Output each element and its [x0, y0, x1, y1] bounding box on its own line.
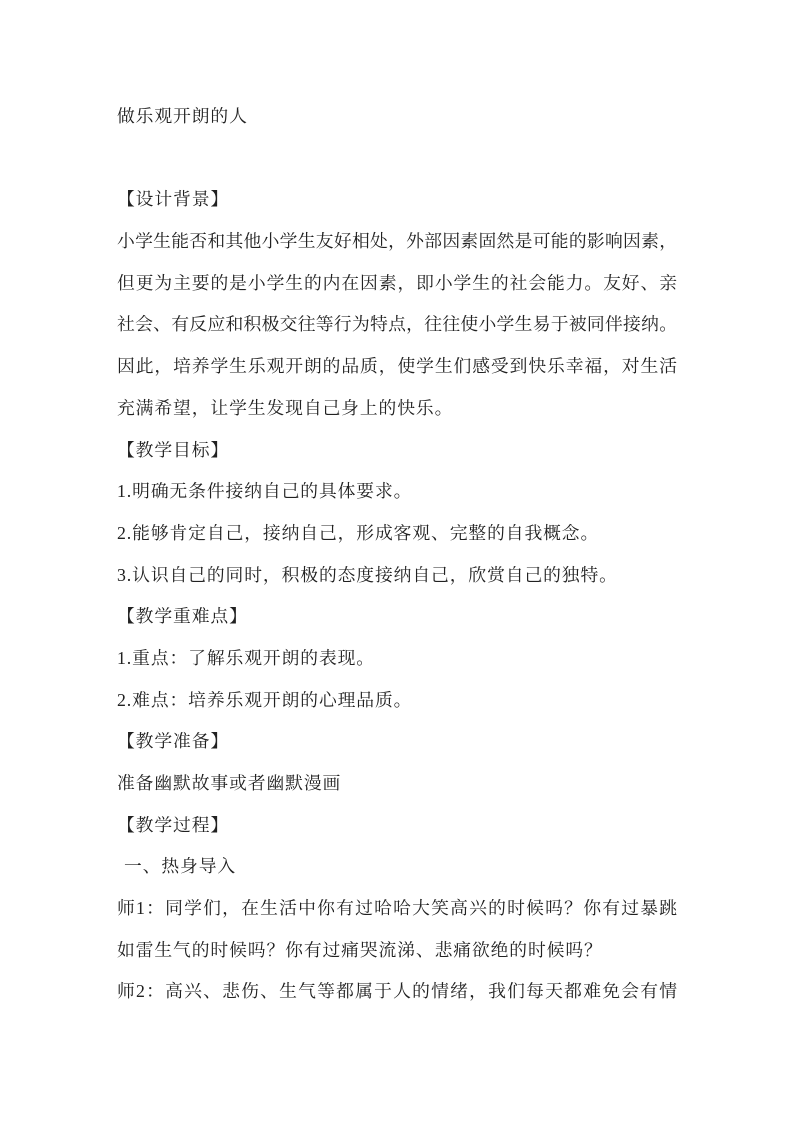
paragraph-line: 充满希望，让学生发现自己身上的快乐。 — [117, 388, 677, 430]
section-heading-teaching-preparation: 【教学准备】 — [117, 721, 677, 763]
section-heading-teaching-process: 【教学过程】 — [117, 805, 677, 847]
paragraph-line: 社会、有反应和积极交往等行为特点，往往使小学生易于被同伴接纳。 — [117, 304, 677, 346]
objective-item-2: 2.能够肯定自己，接纳自己，形成客观、完整的自我概念。 — [117, 513, 677, 555]
objective-item-3: 3.认识自己的同时，积极的态度接纳自己，欣赏自己的独特。 — [117, 555, 677, 597]
teacher-line-1-cont: 如雷生气的时候吗？你有过痛哭流涕、悲痛欲绝的时候吗？ — [117, 930, 677, 972]
teacher-line-2: 师2：高兴、悲伤、生气等都属于人的情绪，我们每天都难免会有情 — [117, 971, 677, 1013]
paragraph-line: 但更为主要的是小学生的内在因素，即小学生的社会能力。友好、亲 — [117, 263, 677, 305]
teacher-line-1: 师1：同学们，在生活中你有过哈哈大笑高兴的时候吗？你有过暴跳 — [117, 888, 677, 930]
document-body: 做乐观开朗的人 【设计背景】 小学生能否和其他小学生友好相处，外部因素固然是可能… — [117, 96, 677, 1013]
section-heading-design-background: 【设计背景】 — [117, 179, 677, 221]
document-page: 做乐观开朗的人 【设计背景】 小学生能否和其他小学生友好相处，外部因素固然是可能… — [0, 0, 793, 1122]
paragraph-line: 因此，培养学生乐观开朗的品质，使学生们感受到快乐幸福，对生活 — [117, 346, 677, 388]
section-heading-key-difficult-points: 【教学重难点】 — [117, 596, 677, 638]
key-point-item: 1.重点：了解乐观开朗的表现。 — [117, 638, 677, 680]
section-heading-teaching-objectives: 【教学目标】 — [117, 430, 677, 472]
paragraph-line: 小学生能否和其他小学生友好相处，外部因素固然是可能的影响因素， — [117, 221, 677, 263]
objective-item-1: 1.明确无条件接纳自己的具体要求。 — [117, 471, 677, 513]
preparation-text: 准备幽默故事或者幽默漫画 — [117, 763, 677, 805]
blank-line — [117, 138, 677, 180]
subsection-warmup-intro: 一、热身导入 — [117, 846, 677, 888]
difficult-point-item: 2.难点：培养乐观开朗的心理品质。 — [117, 680, 677, 722]
doc-title: 做乐观开朗的人 — [117, 96, 677, 138]
